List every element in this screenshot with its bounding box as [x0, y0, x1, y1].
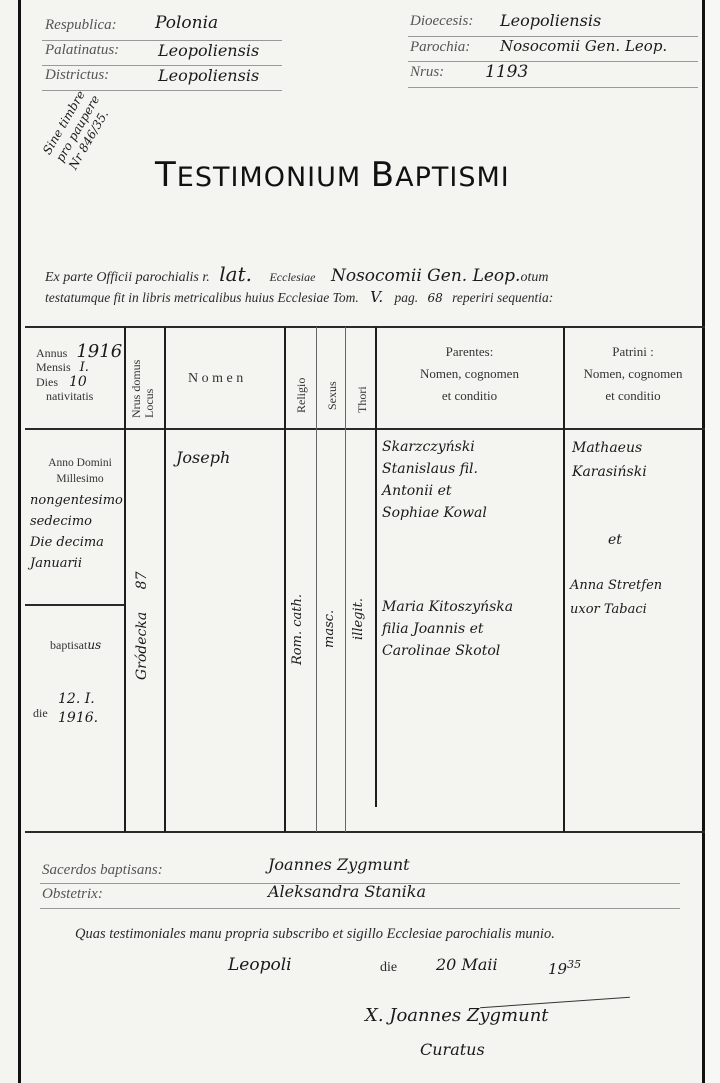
baptism-date: 12. I. 1916.	[58, 690, 98, 728]
parentes-subtitle: Nomen, cognomen	[376, 363, 563, 385]
title-initial: T	[155, 155, 177, 195]
obstetrix-label: Obstetrix:	[42, 886, 103, 903]
religio-value: Rom. cath.	[290, 594, 305, 665]
year-suffix: 35	[567, 958, 581, 971]
header-birth: Annus 1916 Mensis I. Dies 10 nativitatis	[36, 345, 122, 403]
tome-value: V.	[370, 288, 383, 306]
issue-place: Leopoli	[228, 955, 292, 975]
parent-line: Maria Kitoszyńska	[382, 596, 513, 618]
parent-line: Carolinae Skotol	[382, 640, 513, 662]
intro-text: reperiri sequentia:	[452, 290, 553, 305]
title-word: APTISMI	[395, 162, 510, 193]
column-divider	[284, 327, 286, 832]
parent-line: filia Joannis et	[382, 618, 513, 640]
intro-text: testatumque fit in libris metricalibus h…	[45, 290, 359, 305]
column-divider	[345, 327, 346, 832]
parochia-label: Parochia:	[410, 39, 470, 56]
date-words-line: Januarii	[30, 553, 123, 574]
godparent-conjunction: et	[608, 532, 622, 548]
dies-label: Dies 10	[36, 375, 122, 389]
baptism-date-line: 12. I.	[58, 690, 98, 709]
house-number: 87	[134, 571, 150, 589]
sexus-value: masc.	[322, 610, 337, 648]
column-divider	[124, 327, 126, 832]
header-parentes: Parentes: Nomen, cognomen et conditio	[376, 341, 563, 407]
godmother-entry: Anna Stretfen uxor Tabaci	[570, 574, 662, 622]
sacerdos-value: Joannes Zygmunt	[268, 855, 410, 874]
parent-line: Sophiae Kowal	[382, 502, 487, 524]
page-margin-right	[705, 0, 720, 1083]
birth-date-words: nongentesimo sedecimo Die decima Januari…	[30, 490, 123, 574]
header-nomen: N o m e n	[188, 371, 243, 387]
year-prefix: 19	[548, 960, 567, 978]
intro-text: Ex parte Officii parochialis r.	[45, 270, 210, 285]
baptisatus-suffix: us	[87, 638, 101, 652]
palatinatus-label: Palatinatus:	[45, 42, 119, 59]
locus-value: Gródecka 87	[134, 571, 150, 680]
districtus-value: Leopoliensis	[158, 66, 259, 85]
parent-line: Antonii et	[382, 480, 487, 502]
birth-year: 1916	[76, 341, 122, 362]
palatinatus-value: Leopoliensis	[158, 41, 259, 60]
locus-label: Locus	[143, 360, 156, 418]
page-value: 68	[427, 291, 442, 305]
obstetrix-value: Aleksandra Stanika	[268, 882, 426, 901]
anno-domini-text: Anno Domini	[36, 455, 124, 471]
sacerdos-label: Sacerdos baptisans:	[42, 862, 163, 879]
parent-line: Stanislaus fil.	[382, 458, 487, 480]
header-religio: Religio	[294, 378, 309, 413]
godparent-line: Karasiński	[572, 460, 647, 484]
die-label: die	[33, 706, 48, 721]
header-thori: Thori	[355, 386, 370, 413]
father-entry: Skarzczyński Stanislaus fil. Antonii et …	[382, 436, 487, 524]
respublica-value: Polonia	[155, 13, 218, 33]
table-date-rule	[25, 604, 124, 606]
header-locus: Nrus domus Locus	[130, 360, 156, 418]
date-words-line: Die decima	[30, 532, 123, 553]
mensis-label: Mensis I.	[36, 360, 122, 375]
godfather-entry: Mathaeus Karasiński	[572, 436, 647, 484]
closing-statement: Quas testimoniales manu propria subscrib…	[75, 926, 555, 943]
anno-domini-label: Anno Domini Millesimo	[36, 455, 124, 487]
priest-title: Curatus	[420, 1040, 485, 1059]
child-name: Joseph	[176, 448, 230, 467]
column-divider	[164, 327, 166, 832]
millesimo-text: Millesimo	[36, 471, 124, 487]
mother-entry: Maria Kitoszyńska filia Joannis et Carol…	[382, 596, 513, 662]
rite-value: lat.	[219, 262, 252, 286]
intro-text: Ecclesiae	[269, 270, 315, 284]
title-word: ESTIMONIUM	[177, 162, 371, 193]
parentes-subtitle: et conditio	[376, 385, 563, 407]
issue-die-label: die	[380, 960, 397, 976]
nrus-label: Nrus:	[410, 64, 444, 81]
table-top-rule	[25, 326, 705, 328]
margin-note: Sine timbre pro paupere Nr 846/35.	[40, 85, 116, 172]
page-border-left	[18, 0, 21, 1083]
intro-text: pag.	[394, 290, 418, 305]
signature-flourish	[480, 997, 630, 1008]
date-words-line: sedecimo	[30, 511, 123, 532]
church-value: Nosocomii Gen. Leop.	[331, 266, 521, 286]
baptisatus-text: baptisat	[50, 638, 87, 652]
intro-text: otum	[520, 270, 548, 285]
baptism-date-line: 1916.	[58, 709, 98, 728]
date-words-line: nongentesimo	[30, 490, 123, 511]
birth-month: I.	[80, 360, 89, 375]
parochia-value: Nosocomii Gen. Leop.	[500, 37, 667, 55]
field-underline	[40, 908, 680, 909]
parentes-title: Parentes:	[376, 341, 563, 363]
issue-year: 1935	[548, 958, 581, 978]
header-patrini: Patrini : Nomen, cognomen et conditio	[564, 341, 702, 407]
birth-day: 10	[69, 374, 87, 390]
intro-line-2: testatumque fit in libris metricalibus h…	[45, 288, 553, 306]
respublica-label: Respublica:	[45, 17, 117, 34]
table-bottom-rule	[25, 831, 705, 833]
nrus-value: 1193	[485, 62, 528, 82]
annus-label: Annus 1916	[36, 345, 122, 360]
table-header-rule	[25, 428, 705, 430]
dioecesis-label: Dioecesis:	[410, 13, 473, 30]
parent-line: Skarzczyński	[382, 436, 487, 458]
baptisatus-label: baptisatus	[50, 638, 101, 653]
patrini-title: Patrini :	[564, 341, 702, 363]
document-title: TESTIMONIUM BAPTISMI	[155, 155, 510, 195]
header-sexus: Sexus	[325, 381, 340, 410]
patrini-subtitle: Nomen, cognomen	[564, 363, 702, 385]
field-underline	[408, 87, 698, 88]
locus-text: Gródecka	[134, 612, 150, 680]
title-initial: B	[371, 155, 395, 195]
districtus-label: Districtus:	[45, 67, 109, 84]
patrini-subtitle: et conditio	[564, 385, 702, 407]
intro-line-1: Ex parte Officii parochialis r. lat. Ecc…	[45, 262, 548, 286]
godparent-line: uxor Tabaci	[570, 598, 662, 622]
priest-signature: X. Joannes Zygmunt	[365, 1005, 549, 1026]
column-divider	[316, 327, 317, 832]
nativitatis-label: nativitatis	[36, 389, 122, 403]
godparent-line: Anna Stretfen	[570, 574, 662, 598]
field-underline	[408, 61, 698, 62]
thori-value: illegit.	[351, 598, 366, 640]
dioecesis-value: Leopoliensis	[500, 11, 601, 30]
issue-date: 20 Maii	[436, 955, 498, 974]
godparent-line: Mathaeus	[572, 436, 647, 460]
